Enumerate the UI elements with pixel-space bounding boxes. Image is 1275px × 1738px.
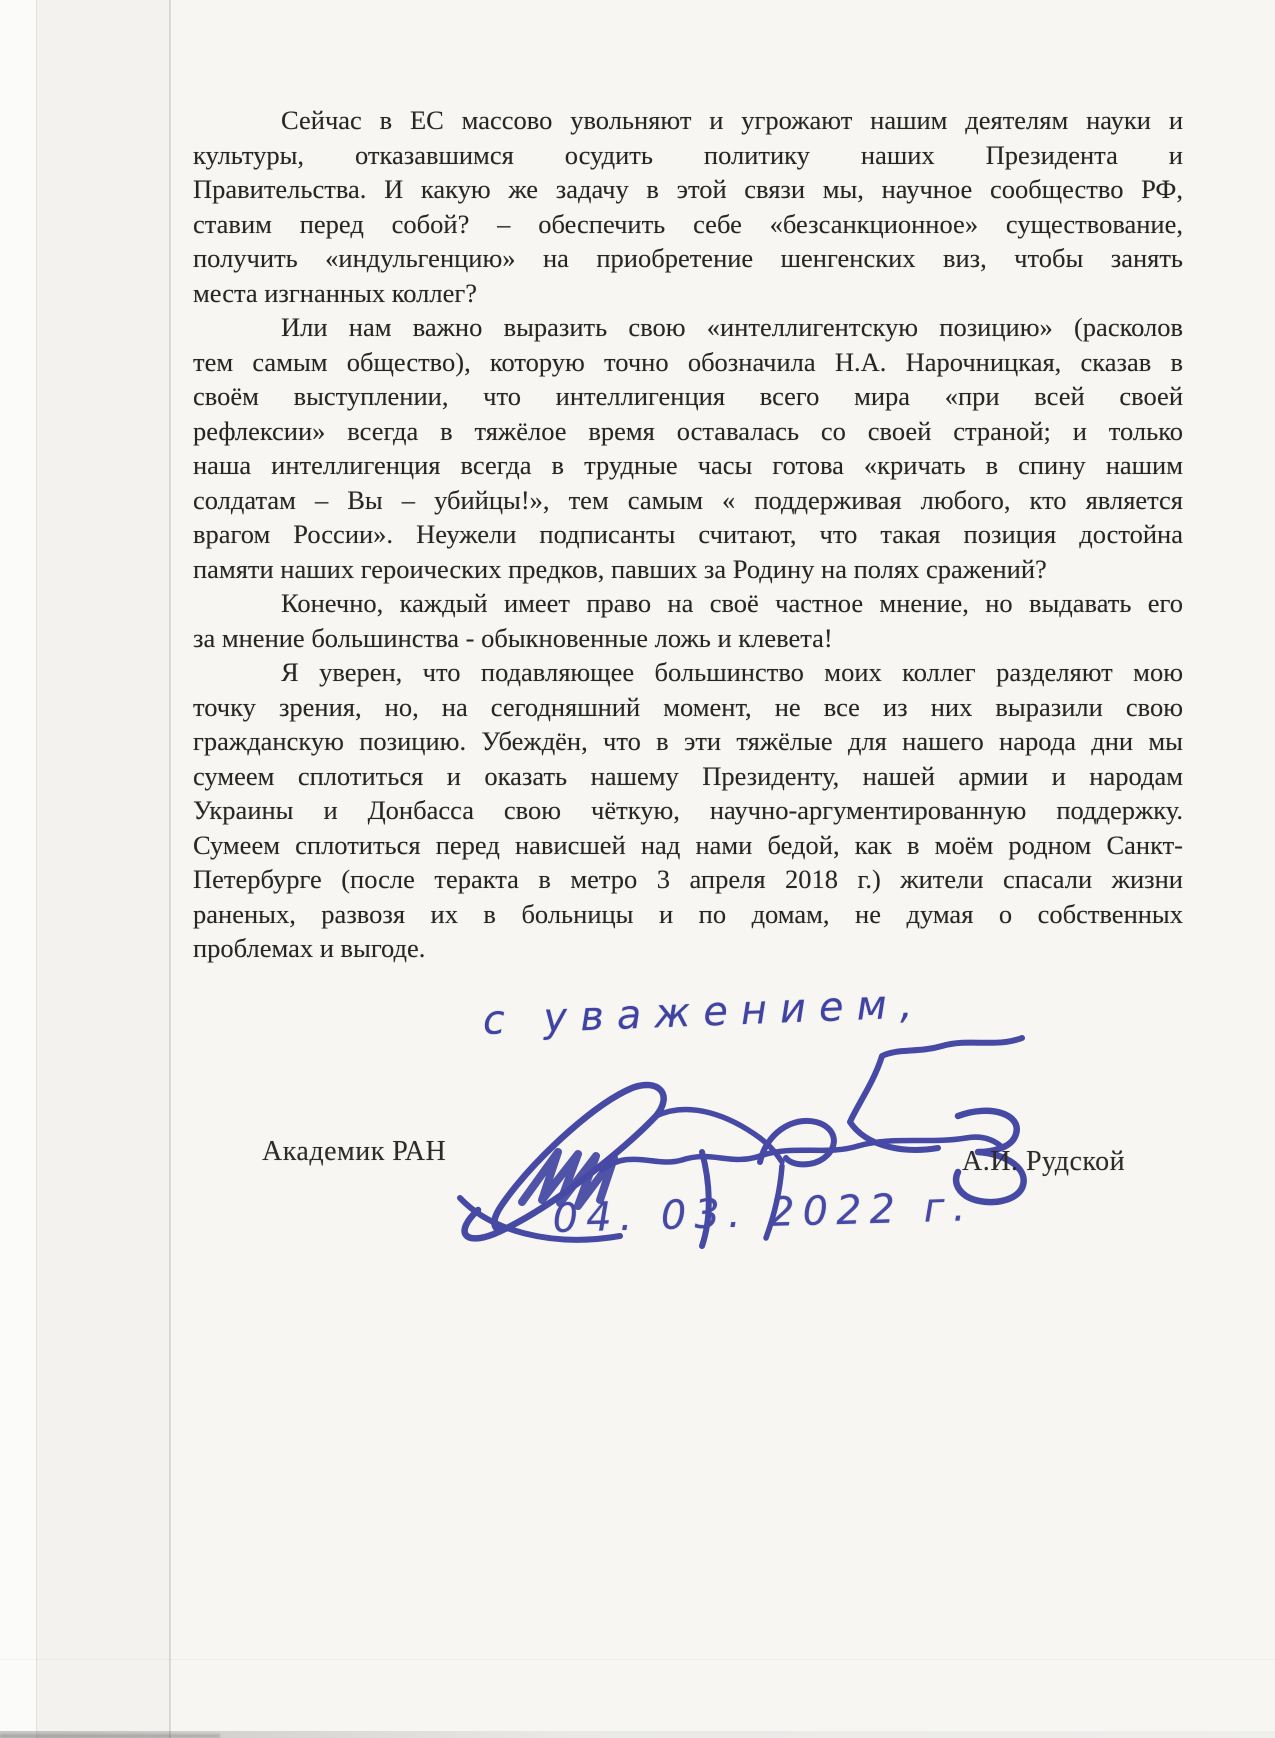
text-line: Сейчас в ЕС массово увольняют и угрожают… bbox=[193, 103, 1183, 138]
text-line: культуры, отказавшимся осудить политику … bbox=[193, 138, 1183, 173]
text-line: сумеем сплотиться и оказать нашему Прези… bbox=[193, 759, 1183, 794]
text-line: тем самым общество), которую точно обозн… bbox=[193, 345, 1183, 380]
scan-shade-column bbox=[36, 0, 170, 1738]
signer-name: А.И. Рудской bbox=[962, 1146, 1125, 1178]
text-line: Я уверен, что подавляющее большинство мо… bbox=[193, 655, 1183, 690]
scanned-letter-page: Сейчас в ЕС массово увольняют и угрожают… bbox=[0, 0, 1275, 1738]
text-line: раненых, развозя их в больницы и по дома… bbox=[193, 897, 1183, 932]
signer-title: Академик РАН bbox=[262, 1136, 446, 1168]
text-line: ставим перед собой? – обеспечить себе «б… bbox=[193, 207, 1183, 242]
text-line: места изгнанных коллег? bbox=[193, 276, 1183, 311]
text-line: Или нам важно выразить свою «интеллигент… bbox=[193, 310, 1183, 345]
text-line: за мнение большинства - обыкновенные лож… bbox=[193, 621, 1183, 656]
text-block: Сейчас в ЕС массово увольняют и угрожают… bbox=[193, 103, 1183, 966]
text-line: Петербурге (после теракта в метро 3 апре… bbox=[193, 862, 1183, 897]
text-line: Сумеем сплотиться перед нависшей над нам… bbox=[193, 828, 1183, 863]
text-line: Правительства. И какую же задачу в этой … bbox=[193, 172, 1183, 207]
scan-fold-line bbox=[0, 1659, 1275, 1660]
text-line: рефлексии» всегда в тяжёлое время остава… bbox=[193, 414, 1183, 449]
text-line: врагом России». Неужели подписанты счита… bbox=[193, 517, 1183, 552]
text-line: получить «индульгенцию» на приобретение … bbox=[193, 241, 1183, 276]
scan-bottom-smudge bbox=[0, 1734, 220, 1738]
text-line: Конечно, каждый имеет право на своё част… bbox=[193, 586, 1183, 621]
scan-left-strip bbox=[0, 0, 36, 1738]
text-line: проблемах и выгоде. bbox=[193, 931, 1183, 966]
scan-seam-line bbox=[169, 0, 171, 1738]
text-line: своём выступлении, что интеллигенция все… bbox=[193, 379, 1183, 414]
text-line: наша интеллигенция всегда в трудные часы… bbox=[193, 448, 1183, 483]
text-line: солдатам – Вы – убийцы!», тем самым « по… bbox=[193, 483, 1183, 518]
text-line: памяти наших героических предков, павших… bbox=[193, 552, 1183, 587]
text-line: гражданскую позицию. Убеждён, что в эти … bbox=[193, 724, 1183, 759]
text-line: точку зрения, но, на сегодняшний момент,… bbox=[193, 690, 1183, 725]
text-line: Украины и Донбасса свою чёткую, научно-а… bbox=[193, 793, 1183, 828]
scan-seam-line bbox=[36, 0, 37, 1738]
